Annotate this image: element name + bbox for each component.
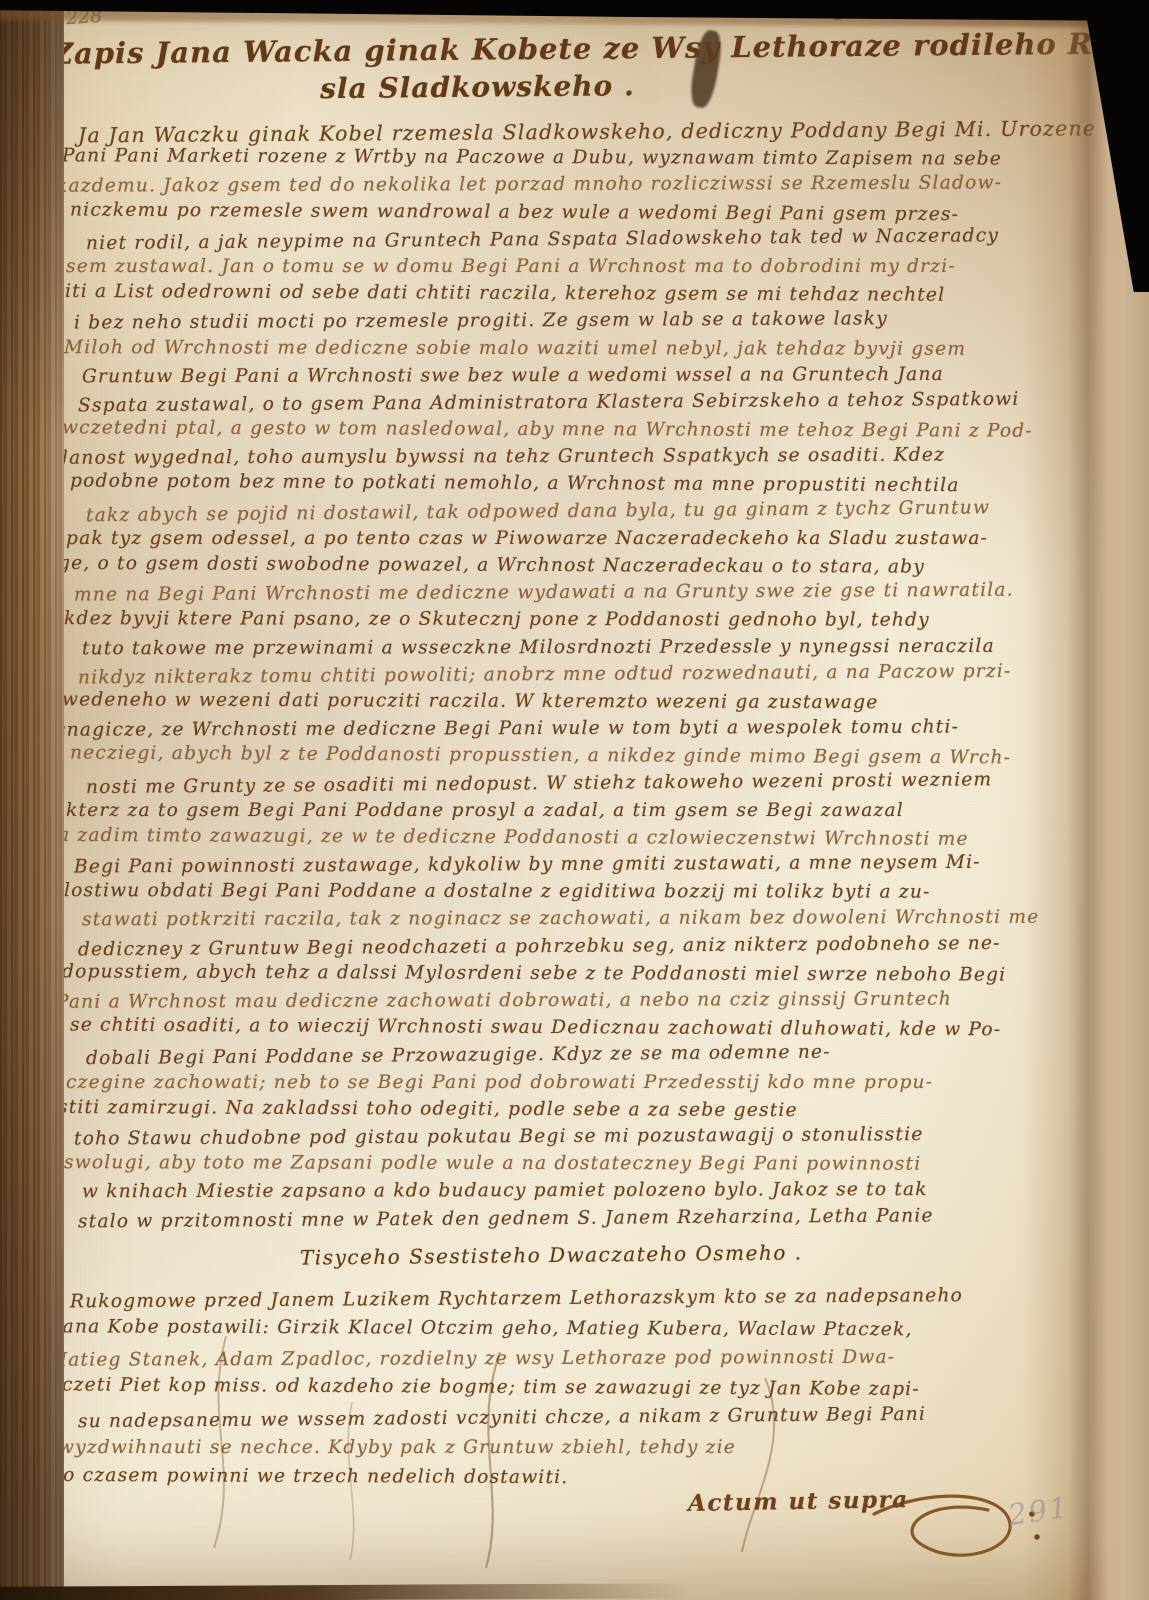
book-gutter xyxy=(0,0,64,1600)
manuscript-line: w knihach Miestie zapsano a kdo budaucy … xyxy=(82,1179,1036,1209)
closing-formula: Actum ut supra xyxy=(688,1486,909,1517)
manuscript-line: dobali Begi Pani Poddane se Przowazugige… xyxy=(86,1040,1036,1075)
manuscript-line: dopusstiem, abych tehz a dalssi Mylosrde… xyxy=(62,961,1036,992)
manuscript-line: swolugi, aby toto me Zapsani podle wule … xyxy=(64,1152,1036,1181)
entry-heading: Zapis Jana Wacka ginak Kobete ze Wsy Let… xyxy=(52,27,1032,107)
manuscript-line: sem zustawal. Jan o tomu se w domu Begi … xyxy=(66,256,1036,283)
manuscript-line: Begi Pani powinnosti zustawage, kdykoliw… xyxy=(74,852,1036,884)
manuscript-line: tuto takowe me przewinami a wsseczkne Mi… xyxy=(82,635,1036,665)
manuscript-scan: 228 Zapis Jana Wacka ginak Kobete ze Wsy… xyxy=(0,0,1149,1600)
manuscript-line: stawati potkrziti raczila, tak z noginac… xyxy=(82,907,1036,937)
manuscript-line: mne na Begi Pani Wrchnosti me dediczne w… xyxy=(74,580,1036,612)
manuscript-line: wyzdwihnauti se nechce. Kdyby pak z Grun… xyxy=(58,1437,1038,1467)
manuscript-line: czegine zachowati; neb to se Begi Pani p… xyxy=(66,1072,1036,1099)
manuscript-line: pak tyz gsem odessel, a po tento czas w … xyxy=(66,528,1036,555)
manuscript-line: kterz za to gsem Begi Pani Poddane prosy… xyxy=(66,800,1036,827)
manuscript-line: Pani Pani Marketi rozene z Wrtby na Pacz… xyxy=(62,145,1036,176)
manuscript-line: Jana Kobe postawili: Girzik Klacel Otczi… xyxy=(54,1316,1038,1349)
manuscript-line: lostiwu obdati Begi Pani Poddane a dosta… xyxy=(64,880,1036,909)
manuscript-line: kazdemu. Jakoz gsem ted do nekolika let … xyxy=(56,173,1036,204)
manuscript-line: stalo w przitomnosti mne w Patek den ged… xyxy=(78,1204,1036,1238)
manuscript-line: wedeneho w wezeni dati porucziti raczila… xyxy=(62,689,1036,720)
manuscript-line: Matieg Stanek, Adam Zpadloc, rozdielny z… xyxy=(48,1346,1038,1379)
manuscript-line: kdez byvji ktere Pani psano, ze o Skutec… xyxy=(64,609,1036,638)
manuscript-line: niet rodil, a jak neypime na Gruntech Pa… xyxy=(86,225,1036,260)
heading-line-2: sla Sladkowskeho . xyxy=(320,65,1031,105)
guarantors-paragraph: Rukogmowe przed Janem Luzikem Rychtarzem… xyxy=(48,1288,1038,1497)
manuscript-line: su nadepsanemu we wssem zadosti vczyniti… xyxy=(78,1403,1038,1441)
manuscript-line: toho Stawu chudobne pod gistau pokutau B… xyxy=(74,1123,1036,1155)
scan-background-bottom xyxy=(0,1583,689,1600)
manuscript-line: wczetedni ptal, a gesto w tom nasledowal… xyxy=(62,417,1036,448)
manuscript-line: Miloh od Wrchnosti me dediczne sobie mal… xyxy=(64,337,1036,366)
manuscript-line: takz abych se pojid ni dostawil, tak odp… xyxy=(86,496,1036,531)
manuscript-line: i bez neho studii mocti po rzemesle prog… xyxy=(74,308,1036,340)
body-paragraph: Ja Jan Waczku ginak Kobel rzemesla Sladk… xyxy=(56,120,1036,1235)
manuscript-line: Rukogmowe przed Janem Luzikem Rychtarzem… xyxy=(70,1285,1038,1322)
manuscript-line: nosti me Grunty ze se osaditi mi nedopus… xyxy=(86,768,1036,803)
